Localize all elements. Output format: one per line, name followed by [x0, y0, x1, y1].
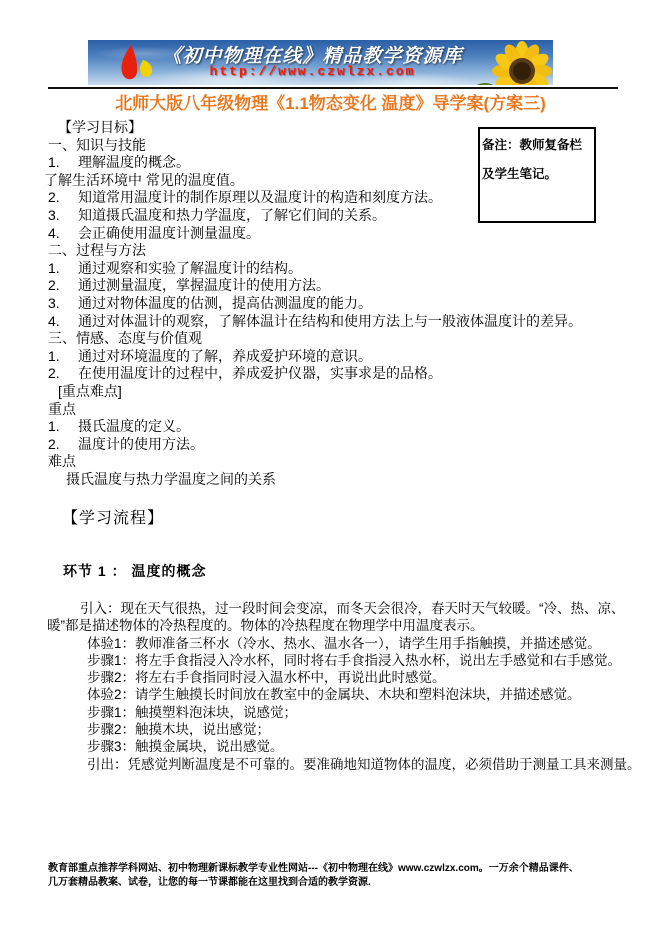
doc-line: 【学习目标】 [44, 119, 654, 137]
doc-line: 2.知道常用温度计的制作原理以及温度计的构造和刻度方法。 [44, 189, 654, 207]
doc-line-text: 一、知识与技能 [48, 137, 146, 153]
doc-line: 三、情感、态度与价值观 [44, 330, 654, 348]
doc-line: 3.通过对物体温度的估测，提高估测温度的能力。 [44, 295, 654, 313]
flow-section-heading: 【学习流程】 [62, 505, 164, 528]
flow-paragraph: 步骤1：将左手食指浸入冷水杯，同时将右手食指浸入热水杯，说出左手感觉和右手感觉。 [47, 652, 651, 669]
flow-paragraph: 引出：凭感觉判断温度是不可靠的。要准确地知道物体的温度，必须借助于测量工具来测量… [47, 756, 651, 773]
doc-line-text: 摄氏温度与热力学温度之间的关系 [66, 471, 276, 487]
doc-line: 3.知道摄氏温度和热力学温度，了解它们间的关系。 [44, 207, 654, 225]
doc-line-text: 在使用温度计的过程中，养成爱护仪器，实事求是的品格。 [78, 365, 442, 381]
footer-line-2: 几万套精品教案、试卷，让您的每一节课都能在这里找到合适的教学资源. [48, 876, 623, 890]
doc-line: 摄氏温度与热力学温度之间的关系 [44, 471, 654, 489]
flow-paragraph: 步骤1：触摸塑料泡沫块，说感觉； [47, 704, 651, 721]
doc-line-text: 摄氏温度的定义。 [78, 418, 190, 434]
doc-line: 难点 [44, 453, 654, 471]
doc-line: 1.通过对环境温度的了解，养成爱护环境的意识。 [44, 348, 654, 366]
list-number: 1. [48, 154, 78, 172]
document-page: 《初中物理在线》精品教学资源库 http://www.czwlzx.com [0, 0, 661, 936]
doc-line-text: 通过观察和实验了解温度计的结构。 [78, 260, 302, 276]
doc-line-text: 理解温度的概念。 [78, 154, 190, 170]
doc-line-text: 【学习目标】 [58, 119, 142, 135]
doc-line: [重点难点] [44, 383, 654, 401]
doc-line-text: 了解生活环境中 常见的温度值。 [44, 172, 244, 188]
banner-site-url: http://www.czwlzx.com [158, 64, 467, 79]
list-number: 1. [48, 418, 78, 436]
doc-line-text: [重点难点] [58, 383, 122, 399]
doc-line: 4.通过对体温计的观察，了解体温计在结构和使用方法上与一般液体温度计的差异。 [44, 313, 654, 331]
doc-line-text: 通过对体温计的观察，了解体温计在结构和使用方法上与一般液体温度计的差异。 [78, 313, 582, 329]
flow-content-section: 引入：现在天气很热，过一段时间会变凉，而冬天会很冷，春天时天气较暖。“冷、热、凉… [47, 600, 651, 773]
list-number: 3. [48, 295, 78, 313]
list-number: 2. [48, 365, 78, 383]
doc-line: 1.理解温度的概念。 [44, 154, 654, 172]
doc-line: 2.通过测量温度，掌握温度计的使用方法。 [44, 277, 654, 295]
list-number: 4. [48, 225, 78, 243]
flow-paragraph: 步骤2：触摸木块，说出感觉； [47, 721, 651, 738]
list-number: 2. [48, 277, 78, 295]
doc-line-text: 知道常用温度计的制作原理以及温度计的构造和刻度方法。 [78, 189, 442, 205]
flow-paragraph: 步骤3：触摸金属块，说出感觉。 [47, 738, 651, 755]
doc-line: 重点 [44, 401, 654, 419]
list-number: 3. [48, 207, 78, 225]
doc-line: 2.在使用温度计的过程中，养成爱护仪器，实事求是的品格。 [44, 365, 654, 383]
doc-line-text: 二、过程与方法 [48, 242, 146, 258]
doc-line-text: 知道摄氏温度和热力学温度，了解它们间的关系。 [78, 207, 386, 223]
list-number: 1. [48, 260, 78, 278]
flow-paragraph: 体验2：请学生触摸长时间放在教室中的金属块、木块和塑料泡沫块，并描述感觉。 [47, 686, 651, 703]
doc-line: 了解生活环境中 常见的温度值。 [44, 172, 654, 190]
list-number: 2. [48, 189, 78, 207]
doc-line: 二、过程与方法 [44, 242, 654, 260]
doc-title: 北师大版八年级物理《1.1物态变化 温度》导学案(方案三) [0, 89, 661, 114]
doc-line: 1.通过观察和实验了解温度计的结构。 [44, 260, 654, 278]
list-number: 2. [48, 436, 78, 454]
flow-paragraph: 体验1：教师准备三杯水（冷水、热水、温水各一），请学生用手指触摸，并描述感觉。 [47, 635, 651, 652]
doc-line-text: 通过对物体温度的估测，提高估测温度的能力。 [78, 295, 372, 311]
flow-paragraph: 步骤2：将左右手食指同时浸入温水杯中，再说出此时感觉。 [47, 669, 651, 686]
footer-line-1: 教育部重点推荐学科网站、初中物理新课标教学专业性网站---《初中物理在线》www… [48, 862, 623, 876]
doc-line-text: 温度计的使用方法。 [78, 436, 204, 452]
site-banner: 《初中物理在线》精品教学资源库 http://www.czwlzx.com [88, 40, 553, 85]
flow-paragraph: 引入：现在天气很热，过一段时间会变凉，而冬天会很冷，春天时天气较暖。“冷、热、凉… [47, 600, 651, 635]
doc-line-text: 通过对环境温度的了解，养成爱护环境的意识。 [78, 348, 372, 364]
doc-line: 4.会正确使用温度计测量温度。 [44, 225, 654, 243]
doc-line-text: 重点 [48, 401, 76, 417]
doc-line: 2.温度计的使用方法。 [44, 436, 654, 454]
list-number: 4. [48, 313, 78, 331]
doc-line-text: 难点 [48, 453, 76, 469]
doc-line-text: 会正确使用温度计测量温度。 [78, 225, 260, 241]
page-footer: 教育部重点推荐学科网站、初中物理新课标教学专业性网站---《初中物理在线》www… [48, 862, 623, 890]
sunflower-image [465, 40, 553, 85]
learning-objectives-section: 【学习目标】一、知识与技能1.理解温度的概念。了解生活环境中 常见的温度值。2.… [44, 119, 654, 488]
doc-line: 一、知识与技能 [44, 137, 654, 155]
list-number: 1. [48, 348, 78, 366]
doc-line-text: 通过测量温度，掌握温度计的使用方法。 [78, 277, 330, 293]
doc-line: 1.摄氏温度的定义。 [44, 418, 654, 436]
step-heading: 环节 1 ： 温度的概念 [63, 561, 206, 581]
doc-line-text: 三、情感、态度与价值观 [48, 330, 202, 346]
